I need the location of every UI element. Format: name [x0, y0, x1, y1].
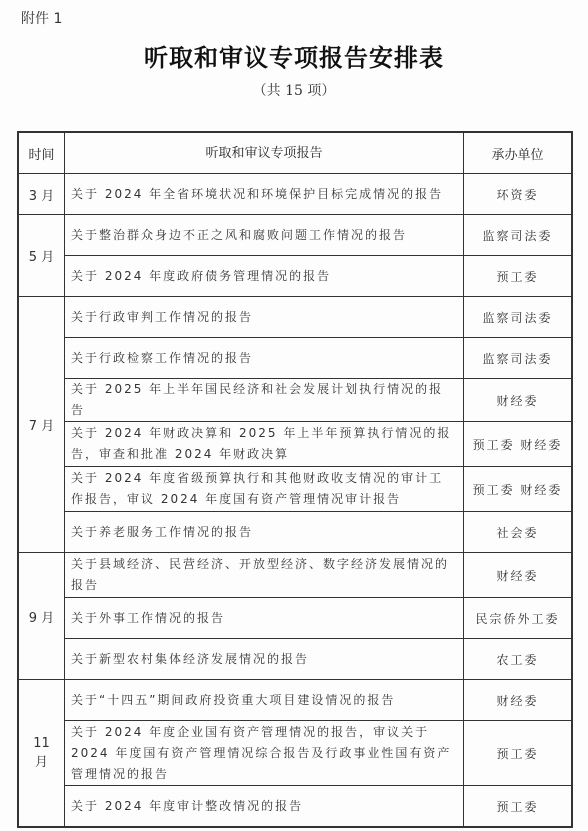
unit-cell: 监察司法委 — [464, 338, 573, 379]
unit-cell: 社会委 — [464, 512, 573, 553]
page-title: 听取和审议专项报告安排表 — [0, 38, 588, 73]
table-row: 关于 2024 年度审计整改情况的报告 预工委 — [18, 786, 572, 828]
unit-cell: 财经委 — [464, 553, 573, 598]
unit-cell: 监察司法委 — [464, 297, 573, 338]
table-row: 关于行政检察工作情况的报告 监察司法委 — [18, 338, 572, 379]
report-cell: 关于 2024 年度企业国有资产管理情况的报告，审议关于 2024 年度国有资产… — [65, 721, 464, 786]
unit-cell: 监察司法委 — [464, 215, 573, 256]
unit-cell: 农工委 — [464, 639, 573, 680]
month-cell: 11 月 — [18, 680, 65, 828]
column-header-time: 时间 — [18, 132, 65, 174]
report-cell: 关于 2025 年上半年国民经济和社会发展计划执行情况的报告 — [65, 379, 464, 422]
unit-cell: 财经委 — [464, 680, 573, 721]
month-cell: 5 月 — [18, 215, 65, 297]
report-cell: 关于外事工作情况的报告 — [65, 598, 464, 639]
table-row: 7 月 关于行政审判工作情况的报告 监察司法委 — [18, 297, 572, 338]
table-row: 关于 2024 年度政府债务管理情况的报告 预工委 — [18, 256, 572, 297]
report-cell: 关于 2024 年财政决算和 2025 年上半年预算执行情况的报告，审查和批准 … — [65, 422, 464, 467]
report-cell: 关于行政检察工作情况的报告 — [65, 338, 464, 379]
table-row: 关于新型农村集体经济发展情况的报告 农工委 — [18, 639, 572, 680]
month-cell: 3 月 — [18, 174, 65, 215]
table-row: 9 月 关于县域经济、民营经济、开放型经济、数字经济发展情况的报告 财经委 — [18, 553, 572, 598]
unit-cell: 预工委 财经委 — [464, 422, 573, 467]
column-header-unit: 承办单位 — [464, 132, 573, 174]
report-cell: 关于养老服务工作情况的报告 — [65, 512, 464, 553]
table-row: 关于 2024 年度企业国有资产管理情况的报告，审议关于 2024 年度国有资产… — [18, 721, 572, 786]
attachment-label: 附件 1 — [21, 8, 62, 28]
table-row: 关于 2025 年上半年国民经济和社会发展计划执行情况的报告 财经委 — [18, 379, 572, 422]
unit-cell: 预工委 — [464, 256, 573, 297]
report-cell: 关于 2024 年全省环境状况和环境保护目标完成情况的报告 — [65, 174, 464, 215]
report-cell: 关于新型农村集体经济发展情况的报告 — [65, 639, 464, 680]
report-cell: 关于 2024 年度省级预算执行和其他财政收支情况的审计工作报告，审议 2024… — [65, 467, 464, 512]
table-row: 关于 2024 年度省级预算执行和其他财政收支情况的审计工作报告，审议 2024… — [18, 467, 572, 512]
unit-cell: 民宗侨外工委 — [464, 598, 573, 639]
table-row: 3 月 关于 2024 年全省环境状况和环境保护目标完成情况的报告 环资委 — [18, 174, 572, 215]
unit-cell: 预工委 — [464, 721, 573, 786]
month-cell: 9 月 — [18, 553, 65, 680]
report-cell: 关于 2024 年度政府债务管理情况的报告 — [65, 256, 464, 297]
report-cell: 关于 2024 年度审计整改情况的报告 — [65, 786, 464, 828]
report-cell: 关于整治群众身边不正之风和腐败问题工作情况的报告 — [65, 215, 464, 256]
month-cell: 7 月 — [18, 297, 65, 553]
table-row: 关于 2024 年财政决算和 2025 年上半年预算执行情况的报告，审查和批准 … — [18, 422, 572, 467]
unit-cell: 财经委 — [464, 379, 573, 422]
schedule-table: 时间 听取和审议专项报告 承办单位 3 月 关于 2024 年全省环境状况和环境… — [17, 131, 573, 828]
unit-cell: 预工委 — [464, 786, 573, 828]
unit-cell: 环资委 — [464, 174, 573, 215]
table-row: 关于外事工作情况的报告 民宗侨外工委 — [18, 598, 572, 639]
column-header-report: 听取和审议专项报告 — [65, 132, 464, 174]
table-row: 5 月 关于整治群众身边不正之风和腐败问题工作情况的报告 监察司法委 — [18, 215, 572, 256]
table-row: 关于养老服务工作情况的报告 社会委 — [18, 512, 572, 553]
table-header-row: 时间 听取和审议专项报告 承办单位 — [18, 132, 572, 174]
report-cell: 关于“十四五”期间政府投资重大项目建设情况的报告 — [65, 680, 464, 721]
table-row: 11 月 关于“十四五”期间政府投资重大项目建设情况的报告 财经委 — [18, 680, 572, 721]
unit-cell: 预工委 财经委 — [464, 467, 573, 512]
item-count: （共 15 项） — [0, 80, 588, 100]
report-cell: 关于行政审判工作情况的报告 — [65, 297, 464, 338]
report-cell: 关于县域经济、民营经济、开放型经济、数字经济发展情况的报告 — [65, 553, 464, 598]
